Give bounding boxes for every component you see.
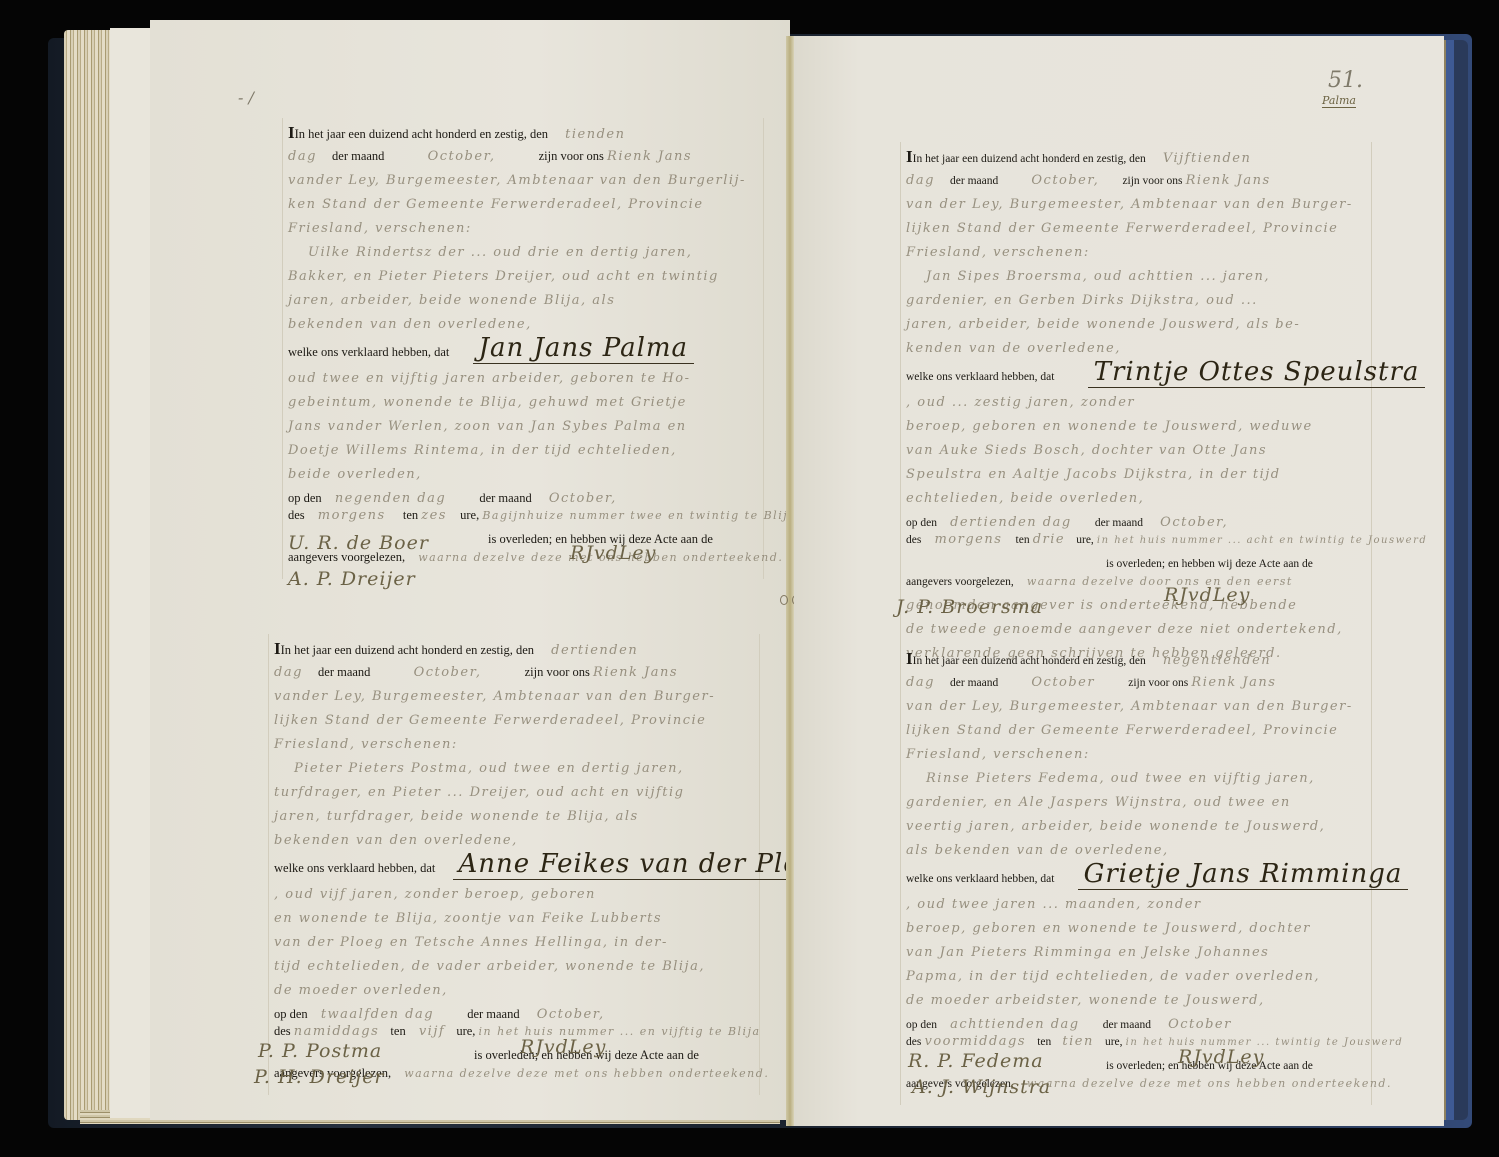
written-line: tijd echtelieden, de vader arbeider, won…	[274, 958, 754, 982]
written-day: Vijftienden	[1163, 151, 1252, 166]
written-closing: de tweede genoemde aangever deze niet on…	[906, 621, 1366, 645]
written-line: lijken Stand der Gemeente Ferwerderadeel…	[906, 722, 1366, 746]
written-line: beide overleden,	[288, 466, 758, 490]
printed-ure: ure,	[1105, 1036, 1123, 1048]
witness-signature: A. J. Wijnstra	[912, 1076, 1051, 1098]
death-record-entry: IIn het jaar een duizend acht honderd en…	[906, 650, 1366, 1099]
written-line: Jan Sipes Broersma, oud achttien ... jar…	[906, 268, 1366, 292]
written-line: beroep, geboren en wonende te Jouswerd, …	[906, 418, 1366, 442]
deceased-name: Anne Feikes van der Ploeg	[453, 849, 840, 880]
written-place: in het huis nummer ... twintig te Jouswe…	[1126, 1037, 1404, 1048]
written-death-day: dertienden dag	[950, 515, 1072, 530]
printed-der-maand: der maand	[950, 175, 998, 187]
printed-ten: ten	[1037, 1036, 1051, 1048]
written-dag: dag	[288, 149, 317, 164]
printed-ten: ten	[390, 1024, 405, 1038]
written-month: October,	[414, 665, 482, 680]
printed-ten: ten	[1016, 534, 1030, 546]
deceased-name: Trintje Ottes Speulstra	[1088, 357, 1426, 388]
written-closing: waarna dezelve door ons en den eerst	[1027, 575, 1293, 588]
witness-signature: U. R. de Boer	[288, 532, 429, 554]
printed-der-maand: der maand	[1095, 517, 1143, 529]
page-edges-right	[1440, 40, 1468, 1120]
written-hour: vijf	[419, 1024, 445, 1039]
written-time-of-day: morgens	[318, 508, 386, 523]
written-day: tienden	[565, 127, 625, 142]
written-line: Papma, in der tijd echtelieden, de vader…	[906, 968, 1366, 992]
written-time-of-day: namiddags	[294, 1024, 380, 1039]
written-place: Bagijnhuize nummer twee en twintig te Bl…	[482, 509, 796, 522]
written-line: gebeintum, wonende te Blija, gehuwd met …	[288, 394, 758, 418]
written-line: Friesland, verschenen:	[274, 736, 754, 760]
written-line: , oud vijf jaren, zonder beroep, geboren	[274, 886, 754, 910]
written-line: van der Ploeg en Tetsche Annes Hellinga,…	[274, 934, 754, 958]
written-line: vander Ley, Burgemeester, Ambtenaar van …	[288, 172, 758, 196]
printed-zijn-voor-ons: zijn voor ons	[1128, 677, 1188, 689]
printed-overleden: is overleden; en hebben wij deze Acte aa…	[1106, 558, 1313, 570]
written-line: oud twee en vijftig jaren arbeider, gebo…	[288, 370, 758, 394]
right-page: 51. Palma IIn het jaar een duizend acht …	[794, 36, 1444, 1126]
written-line: vander Ley, Burgemeester, Ambtenaar van …	[274, 688, 754, 712]
written-line: , oud ... zestig jaren, zonder	[906, 394, 1366, 418]
written-line: lijken Stand der Gemeente Ferwerderadeel…	[906, 220, 1366, 244]
written-line: ken Stand der Gemeente Ferwerderadeel, P…	[288, 196, 758, 220]
written-line: Rinse Pieters Fedema, oud twee en vijfti…	[906, 770, 1366, 794]
written-line: van der Ley, Burgemeester, Ambtenaar van…	[906, 698, 1366, 722]
official-signature: RJvdLey	[1164, 584, 1250, 606]
written-line: Jans vander Werlen, zoon van Jan Sybes P…	[288, 418, 758, 442]
printed-der-maand: der maand	[318, 665, 370, 679]
death-record-entry: IIn het jaar een duizend acht honderd en…	[288, 124, 758, 573]
written-line: beroep, geboren en wonende te Jouswerd, …	[906, 920, 1366, 944]
written-line: , oud twee jaren ... maanden, zonder	[906, 896, 1366, 920]
printed-intro: IIn het jaar een duizend acht honderd en…	[288, 127, 548, 141]
written-line: jaren, arbeider, beide wonende Jouswerd,…	[906, 316, 1366, 340]
written-line: jaren, arbeider, beide wonende Blija, al…	[288, 292, 758, 316]
margin-note: Palma	[1322, 94, 1356, 108]
printed-der-maand: der maand	[1103, 1019, 1151, 1031]
printed-ure: ure,	[460, 508, 479, 522]
official-signature: RJvdLey	[570, 542, 656, 564]
printed-op-den: op den	[906, 517, 937, 529]
written-hour: zes	[421, 508, 447, 523]
witness-signature: J. P. Broersma	[896, 596, 1043, 618]
printed-op-den: op den	[288, 491, 322, 505]
printed-ure: ure,	[456, 1024, 475, 1038]
written-line: van Auke Sieds Bosch, dochter van Otte J…	[906, 442, 1366, 466]
written-official: Rienk Jans	[1186, 173, 1271, 188]
printed-op-den: op den	[906, 1019, 937, 1031]
written-closing: waarna dezelve deze met ons hebben onder…	[404, 1067, 769, 1080]
printed-des: des	[274, 1024, 291, 1038]
written-line: veertig jaren, arbeider, beide wonende t…	[906, 818, 1366, 842]
written-line: gardenier, en Gerben Dirks Dijkstra, oud…	[906, 292, 1366, 316]
printed-intro: IIn het jaar een duizend acht honderd en…	[274, 643, 534, 657]
written-line: Uilke Rindertsz der ... oud drie en dert…	[288, 244, 758, 268]
printed-der-maand: der maand	[467, 1007, 519, 1021]
printed-der-maand: der maand	[950, 677, 998, 689]
written-month: October,	[549, 491, 617, 506]
written-place: in het huis nummer ... acht en twintig t…	[1097, 535, 1427, 546]
witness-signature: R. P. Fedema	[908, 1050, 1044, 1072]
witness-signature: P. H. Dreijer	[254, 1066, 385, 1088]
printed-des: des	[288, 508, 305, 522]
written-month: October,	[1160, 515, 1228, 530]
written-line: Friesland, verschenen:	[906, 244, 1366, 268]
written-official: Rienk Jans	[1191, 675, 1276, 690]
written-line: van der Ley, Burgemeester, Ambtenaar van…	[906, 196, 1366, 220]
printed-zijn-voor-ons: zijn voor ons	[539, 149, 604, 163]
written-closing: waarna dezelve deze met ons hebben onder…	[1027, 1077, 1392, 1090]
printed-des: des	[906, 1036, 921, 1048]
written-line: Pieter Pieters Postma, oud twee en derti…	[274, 760, 754, 784]
written-line: Speulstra en Aaltje Jacobs Dijkstra, in …	[906, 466, 1366, 490]
printed-op-den: op den	[274, 1007, 308, 1021]
printed-der-maand: der maand	[332, 149, 384, 163]
book-gutter	[786, 36, 794, 1126]
printed-zijn-voor-ons: zijn voor ons	[1122, 175, 1182, 187]
written-line: de moeder overleden,	[274, 982, 754, 1006]
written-line: jaren, turfdrager, beide wonende te Blij…	[274, 808, 754, 832]
witness-signature: P. P. Postma	[258, 1040, 382, 1062]
deceased-name: Jan Jans Palma	[473, 333, 695, 364]
official-signature: RJvdLey	[1178, 1046, 1264, 1068]
death-record-entry: IIn het jaar een duizend acht honderd en…	[906, 148, 1366, 669]
written-line: en wonende te Blija, zoontje van Feike L…	[274, 910, 754, 934]
printed-declared: welke ons verklaard hebben, dat	[274, 861, 435, 875]
printed-aangevers: aangevers voorgelezen,	[906, 576, 1014, 588]
written-death-day: twaalfden dag	[321, 1007, 434, 1022]
death-record-entry: IIn het jaar een duizend acht honderd en…	[274, 640, 754, 1089]
witness-signature: A. P. Dreijer	[288, 568, 416, 590]
printed-declared: welke ons verklaard hebben, dat	[906, 371, 1054, 383]
written-line: echtelieden, beide overleden,	[906, 490, 1366, 514]
written-line: lijken Stand der Gemeente Ferwerderadeel…	[274, 712, 754, 736]
written-day: negentienden	[1163, 653, 1271, 668]
written-line: Friesland, verschenen:	[906, 746, 1366, 770]
written-dag: dag	[906, 173, 935, 188]
written-line: turfdrager, en Pieter ... Dreijer, oud a…	[274, 784, 754, 808]
printed-des: des	[906, 534, 921, 546]
written-month: October,	[537, 1007, 605, 1022]
written-line: Doetje Willems Rintema, in der tijd echt…	[288, 442, 758, 466]
printed-ure: ure,	[1076, 534, 1094, 546]
written-official: Rienk Jans	[593, 665, 678, 680]
written-line: de moeder arbeidster, wonende te Jouswer…	[906, 992, 1366, 1016]
deceased-name: Grietje Jans Rimminga	[1078, 859, 1409, 890]
folio-number: 51.	[1328, 68, 1363, 93]
written-time-of-day: voormiddags	[924, 1034, 1026, 1049]
official-signature: RJvdLey	[520, 1036, 606, 1058]
written-day: dertienden	[551, 643, 638, 658]
printed-intro: IIn het jaar een duizend acht honderd en…	[906, 153, 1146, 165]
printed-intro: IIn het jaar een duizend acht honderd en…	[906, 655, 1146, 667]
written-line: gardenier, en Ale Jaspers Wijnstra, oud …	[906, 794, 1366, 818]
written-month: October,	[1031, 173, 1099, 188]
written-official: Rienk Jans	[607, 149, 692, 164]
written-hour: tien	[1062, 1034, 1093, 1049]
printed-zijn-voor-ons: zijn voor ons	[525, 665, 590, 679]
printed-declared: welke ons verklaard hebben, dat	[906, 873, 1054, 885]
written-month: October,	[428, 149, 496, 164]
written-line: Bakker, en Pieter Pieters Dreijer, oud a…	[288, 268, 758, 292]
printed-ten: ten	[403, 508, 418, 522]
written-death-day: negenden dag	[335, 491, 446, 506]
written-dag: dag	[906, 675, 935, 690]
printed-declared: welke ons verklaard hebben, dat	[288, 345, 449, 359]
written-dag: dag	[274, 665, 303, 680]
left-page: - / IIn het jaar een duizend acht honder…	[150, 20, 790, 1120]
printed-der-maand: der maand	[479, 491, 531, 505]
written-time-of-day: morgens	[934, 532, 1002, 547]
written-month: October	[1168, 1017, 1232, 1032]
folio-mark: - /	[238, 88, 254, 107]
written-hour: drie	[1033, 532, 1065, 547]
written-death-day: achttienden dag	[950, 1017, 1080, 1032]
written-line: van Jan Pieters Rimminga en Jelske Johan…	[906, 944, 1366, 968]
written-month: October	[1031, 675, 1095, 690]
written-line: Friesland, verschenen:	[288, 220, 758, 244]
